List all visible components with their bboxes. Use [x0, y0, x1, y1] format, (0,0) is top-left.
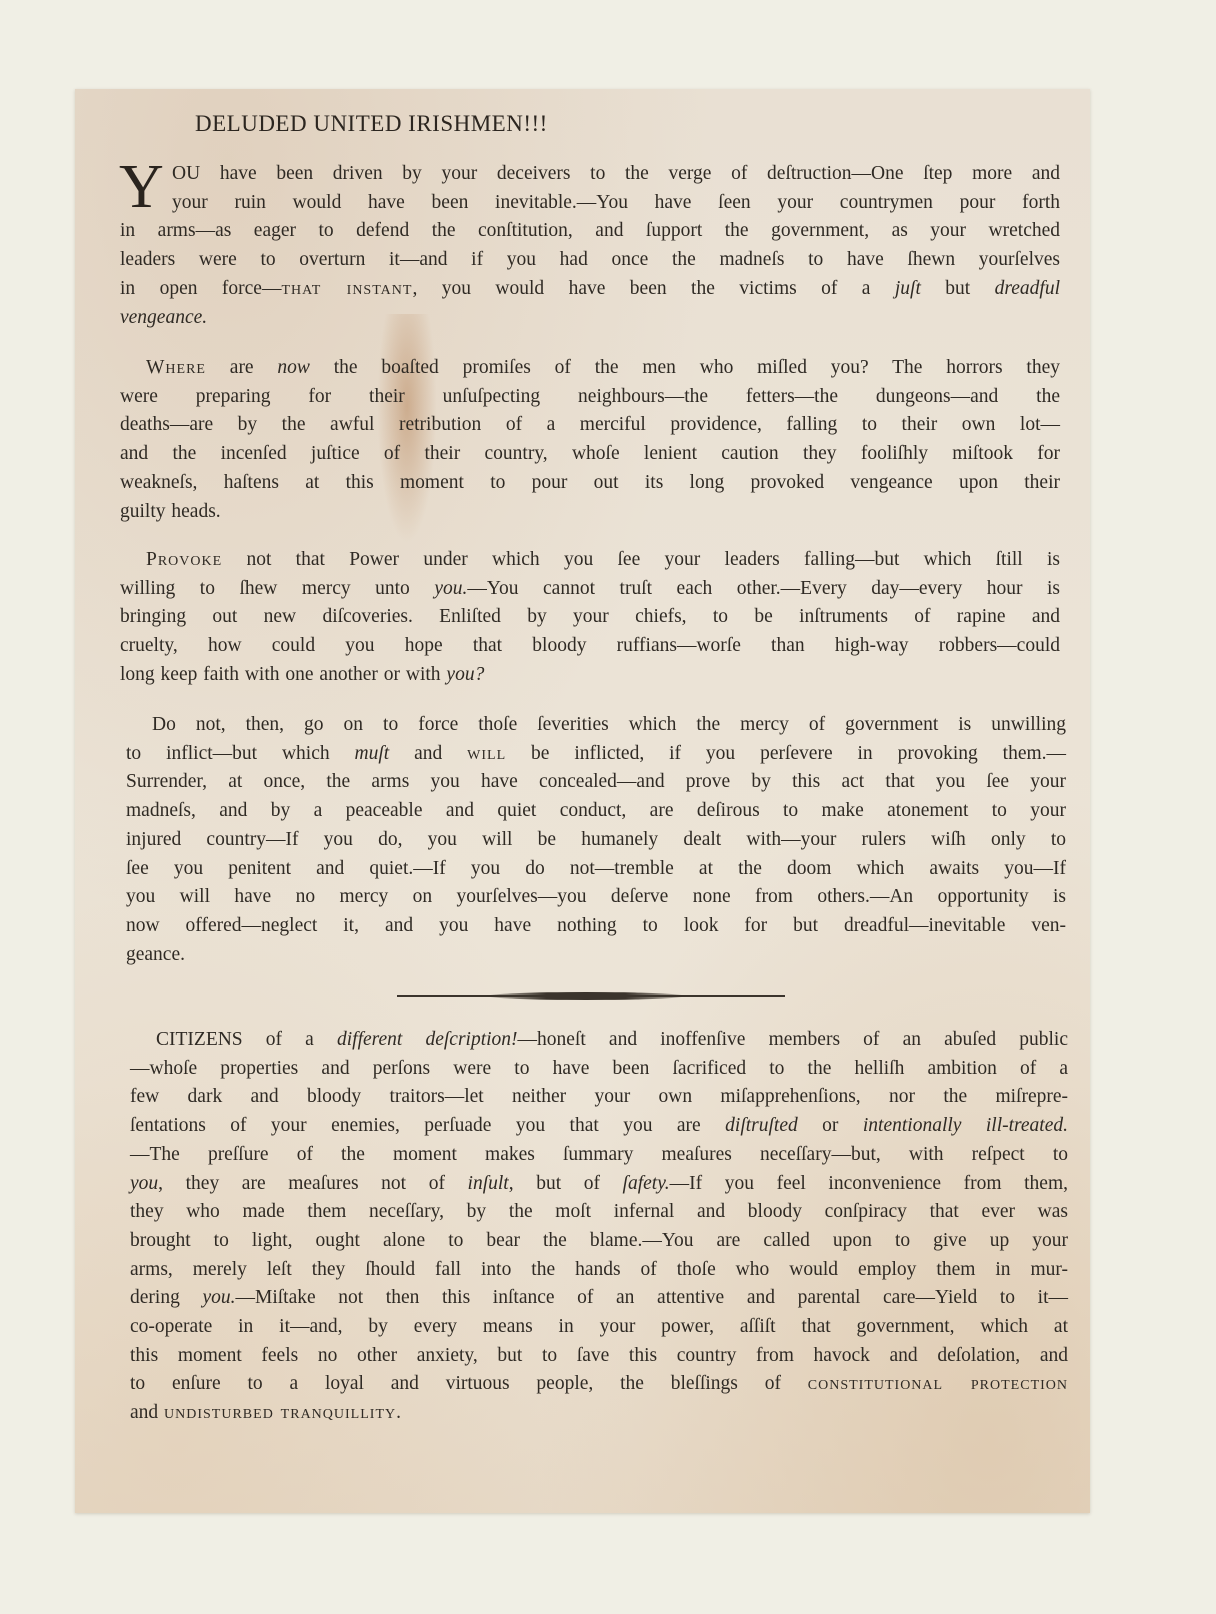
text-run: madneſs, and by a peaceable and quiet co… — [126, 800, 1066, 821]
text-run: —If you feel inconvenience from them, — [670, 1173, 1068, 1194]
text-line: geance. — [126, 941, 1066, 970]
text-run: —whoſe properties and perſons were to ha… — [130, 1058, 1068, 1079]
italic-run: you — [130, 1173, 158, 1194]
rule-swell — [487, 992, 685, 1000]
text-line: in open force—that instant, you would ha… — [120, 275, 1060, 304]
text-run: Surrender, at once, the arms you have co… — [126, 771, 1066, 792]
text-run: the boaſted promiſes of the men who miſl… — [310, 357, 1060, 378]
text-run: bringing out new diſcoveries. Enliſted b… — [120, 606, 1060, 627]
text-run: you will have no mercy on yourſelves—you… — [126, 886, 1066, 907]
text-run: co-operate in it—and, by every means in … — [130, 1316, 1068, 1337]
text-line: co-operate in it—and, by every means in … — [130, 1313, 1068, 1342]
broadside-paper: DELUDED UNITED IRISHMEN!!! Y OU have bee… — [75, 89, 1090, 1513]
text-run: but — [921, 278, 995, 299]
italic-run: you. — [202, 1287, 235, 1308]
document-title: DELUDED UNITED IRISHMEN!!! — [195, 111, 548, 137]
paragraph-4: Do not, then, go on to force thoſe ſever… — [126, 711, 1066, 969]
text-line: Surrender, at once, the arms you have co… — [126, 768, 1066, 797]
ornamental-rule-divider — [397, 992, 785, 1000]
text-line: CITIZENS of a different deſcription!—hon… — [130, 1026, 1068, 1055]
text-line: OU have been driven by your deceivers to… — [120, 160, 1060, 189]
text-run: few dark and bloody traitors—let neither… — [130, 1086, 1068, 1107]
text-line: vengeance. — [120, 304, 1060, 333]
text-line: —whoſe properties and perſons were to ha… — [130, 1055, 1068, 1084]
text-line: deaths—are by the awful retribution of a… — [120, 411, 1060, 440]
italic-run: juſt — [895, 278, 921, 299]
text-line: were preparing for their unſuſpecting ne… — [120, 383, 1060, 412]
text-line: arms, merely leſt they ſhould fall into … — [130, 1256, 1068, 1285]
italic-run: vengeance. — [120, 307, 207, 328]
text-run: or — [798, 1115, 863, 1136]
text-run: Do not, then, go on to force thoſe ſever… — [152, 714, 1066, 735]
small-caps-run: Where — [146, 357, 206, 378]
text-run: —You cannot truſt each other.—Every day—… — [467, 578, 1060, 599]
italic-run: you. — [434, 578, 467, 599]
small-caps-run: constitutional protection — [808, 1373, 1068, 1394]
text-run: are — [206, 357, 277, 378]
small-caps-run: will — [467, 743, 506, 764]
small-caps-run: Provoke — [146, 549, 222, 570]
text-run: ſentations of your enemies, perſuade you… — [130, 1115, 725, 1136]
text-run: , but of — [509, 1173, 623, 1194]
text-line: brought to light, ought alone to bear th… — [130, 1227, 1068, 1256]
italic-run: intentionally ill-treated. — [863, 1115, 1068, 1136]
text-run: willing to ſhew mercy unto — [120, 578, 434, 599]
text-line: you will have no mercy on yourſelves—you… — [126, 883, 1066, 912]
text-line: and undisturbed tranquillity. — [130, 1399, 1068, 1428]
text-run: to enſure to a loyal and virtuous people… — [130, 1373, 808, 1394]
italic-run: inſult — [468, 1173, 509, 1194]
text-line: ſee you penitent and quiet.—If you do no… — [126, 855, 1066, 884]
text-line: madneſs, and by a peaceable and quiet co… — [126, 797, 1066, 826]
text-run: to inflict—but which — [126, 743, 355, 764]
text-run: long keep faith with one another or with — [120, 664, 446, 685]
text-run: in arms—as eager to defend the conſtitut… — [120, 220, 1060, 241]
text-run: , they are meaſures not of — [158, 1173, 467, 1194]
text-run: arms, merely leſt they ſhould fall into … — [130, 1259, 1068, 1280]
italic-run: you? — [446, 664, 484, 685]
text-line: to inflict—but which muſt and will be in… — [126, 740, 1066, 769]
text-line: this moment feels no other anxiety, but … — [130, 1342, 1068, 1371]
text-line: and the incenſed juſtice of their countr… — [120, 440, 1060, 469]
italic-run: ſafety. — [623, 1173, 670, 1194]
text-line: ſentations of your enemies, perſuade you… — [130, 1112, 1068, 1141]
small-caps-run: that instant — [281, 278, 412, 299]
italic-run: dreadful — [995, 278, 1060, 299]
text-run: —honeſt and inoffenſive members of an ab… — [518, 1029, 1068, 1050]
text-run: deaths—are by the awful retribution of a… — [120, 414, 1060, 435]
text-run: geance. — [126, 944, 185, 965]
text-line: leaders were to overturn it—and if you h… — [120, 246, 1060, 275]
small-caps-run: undisturbed tranquillity. — [164, 1402, 402, 1423]
text-line: long keep faith with one another or with… — [120, 661, 1060, 690]
text-line: Provoke not that Power under which you ſ… — [120, 546, 1060, 575]
text-run: , you would have been the victims of a — [412, 278, 894, 299]
text-line: Do not, then, go on to force thoſe ſever… — [126, 711, 1066, 740]
text-run: be inflicted, if you perſevere in provok… — [506, 743, 1066, 764]
text-run: and the incenſed juſtice of their countr… — [120, 443, 1060, 464]
text-line: you, they are meaſures not of inſult, bu… — [130, 1170, 1068, 1199]
italic-run: different deſcription! — [337, 1029, 518, 1050]
text-run: they who made them neceſſary, by the moſ… — [130, 1201, 1068, 1222]
text-run: now offered—neglect it, and you have not… — [126, 915, 1066, 936]
italic-run: diſtruſted — [725, 1115, 798, 1136]
text-line: in arms—as eager to defend the conſtitut… — [120, 217, 1060, 246]
text-line: cruelty, how could you hope that bloody … — [120, 632, 1060, 661]
text-run: and — [130, 1402, 164, 1423]
text-line: injured country—If you do, you will be h… — [126, 826, 1066, 855]
text-run: in open force— — [120, 278, 281, 299]
paragraph-1: OU have been driven by your deceivers to… — [120, 160, 1060, 332]
text-run: leaders were to overturn it—and if you h… — [120, 249, 1060, 270]
text-run: were preparing for their unſuſpecting ne… — [120, 386, 1060, 407]
text-line: willing to ſhew mercy unto you.—You cann… — [120, 575, 1060, 604]
text-line: to enſure to a loyal and virtuous people… — [130, 1370, 1068, 1399]
text-run: injured country—If you do, you will be h… — [126, 829, 1066, 850]
italic-run: muſt — [355, 743, 390, 764]
paragraph-2: Where are now the boaſted promiſes of th… — [120, 354, 1060, 526]
text-run: cruelty, how could you hope that bloody … — [120, 635, 1060, 656]
text-run: weakneſs, haſtens at this moment to pour… — [120, 472, 1060, 493]
text-run: CITIZENS of a — [156, 1029, 337, 1050]
paragraph-5: CITIZENS of a different deſcription!—hon… — [130, 1026, 1068, 1428]
text-run: brought to light, ought alone to bear th… — [130, 1230, 1068, 1251]
paragraph-3: Provoke not that Power under which you ſ… — [120, 546, 1060, 690]
text-line: —The preſſure of the moment makes ſummar… — [130, 1141, 1068, 1170]
text-line: bringing out new diſcoveries. Enliſted b… — [120, 603, 1060, 632]
text-run: ſee you penitent and quiet.—If you do no… — [126, 858, 1066, 879]
text-run: and — [389, 743, 467, 764]
text-line: few dark and bloody traitors—let neither… — [130, 1083, 1068, 1112]
text-run: your ruin would have been inevitable.—Yo… — [172, 192, 1060, 213]
text-line: your ruin would have been inevitable.—Yo… — [120, 189, 1060, 218]
text-line: they who made them neceſſary, by the moſ… — [130, 1198, 1068, 1227]
text-run: guilty heads. — [120, 501, 221, 522]
italic-run: now — [277, 357, 310, 378]
text-run: —Miſtake not then this inſtance of an at… — [235, 1287, 1068, 1308]
text-line: Where are now the boaſted promiſes of th… — [120, 354, 1060, 383]
text-line: weakneſs, haſtens at this moment to pour… — [120, 469, 1060, 498]
text-line: guilty heads. — [120, 498, 1060, 527]
text-line: now offered—neglect it, and you have not… — [126, 912, 1066, 941]
text-run: OU have been driven by your deceivers to… — [172, 163, 1060, 184]
text-run: this moment feels no other anxiety, but … — [130, 1345, 1068, 1366]
text-run: —The preſſure of the moment makes ſummar… — [130, 1144, 1068, 1165]
text-run: dering — [130, 1287, 202, 1308]
text-line: dering you.—Miſtake not then this inſtan… — [130, 1284, 1068, 1313]
text-run: not that Power under which you ſee your … — [222, 549, 1060, 570]
